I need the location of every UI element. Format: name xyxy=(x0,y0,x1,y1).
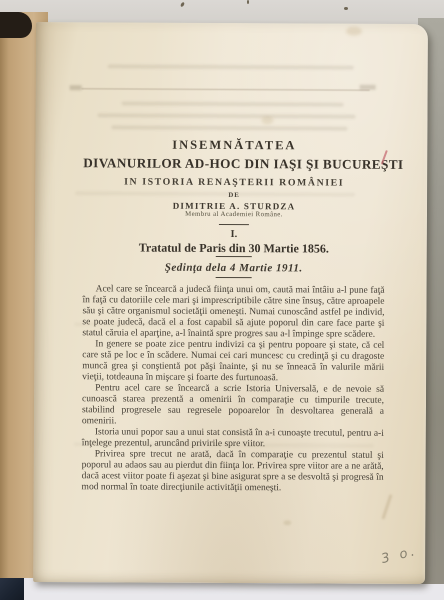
spine-fragment xyxy=(0,12,32,38)
scratch-mark xyxy=(381,494,392,520)
showthrough-line xyxy=(108,64,354,69)
dust-speck xyxy=(344,7,348,10)
paragraph: Acel care se încearcă a judecă fiinţa un… xyxy=(82,284,384,341)
showthrough-line xyxy=(98,113,356,118)
paragraph: Privirea spre trecut ne arată, dacă în c… xyxy=(82,449,384,495)
book-page: INSEMNĂTATEA DIVANURILOR AD-HOC DIN IAŞI… xyxy=(33,22,428,584)
showthrough-line xyxy=(122,101,344,106)
session-line: Şedinţa dela 4 Martie 1911. xyxy=(83,261,385,275)
divider-rule xyxy=(216,277,252,278)
handwritten-pencil-note: 3 o. xyxy=(380,544,419,567)
dust-speck xyxy=(247,0,249,4)
body-text: Acel care se încearcă a judecă fiinţa un… xyxy=(82,284,385,495)
divider-rule xyxy=(216,256,252,257)
title-line2: DIVANURILOR AD-HOC DIN IAŞI ŞI BUCUREŞTI xyxy=(83,155,385,173)
title-line1: INSEMNĂTATEA xyxy=(83,137,385,154)
stain xyxy=(346,27,362,36)
divider-rule xyxy=(219,224,249,225)
section-title: Tratatul de Paris din 30 Martie 1856. xyxy=(83,240,385,257)
byline-prefix: DE xyxy=(83,191,385,200)
showthrough-header-rule xyxy=(82,88,370,91)
paragraph: Pentru acel care se încearcă a scrie Ist… xyxy=(82,383,384,429)
section-number: I. xyxy=(83,228,385,241)
dust-speck xyxy=(180,2,185,8)
book-photo: INSEMNĂTATEA DIVANURILOR AD-HOC DIN IAŞI… xyxy=(0,0,444,600)
author-title: Membru al Academiei Române. xyxy=(83,210,385,219)
paragraph: In genere se poate zice pentru indivizi … xyxy=(82,339,384,385)
subtitle: IN ISTORIA RENAŞTERII ROMÂNIEI xyxy=(83,176,385,189)
paragraph: Istoria unui popor sau a unui stat consi… xyxy=(82,427,384,451)
showthrough-line xyxy=(111,125,347,130)
stain xyxy=(283,520,291,525)
